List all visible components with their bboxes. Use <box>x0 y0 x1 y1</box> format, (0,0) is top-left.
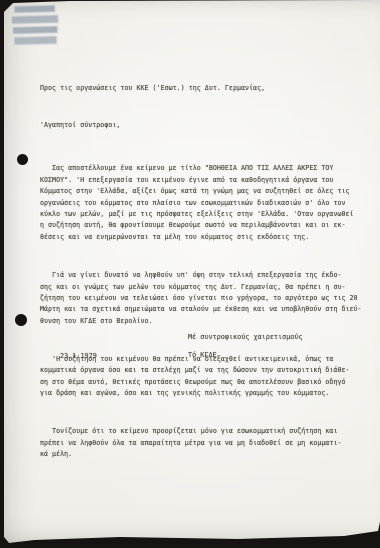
stamp-row <box>13 35 57 45</box>
punch-hole-bottom <box>15 314 27 326</box>
signature-line: Τό ΚΓΔΕ <box>188 351 217 359</box>
paragraph-1: Σας αποστέλλουμε ένα κείμενο με τίτλο "Β… <box>40 163 366 243</box>
paragraph-4: Τονίζουμε ότι το κείμενο προορίζεται μόν… <box>40 426 366 460</box>
archive-stamp-icon <box>9 4 60 47</box>
paragraph-3: 'Η συζήτηση του κειμένου θα πρέπει να δι… <box>40 354 366 400</box>
paragraph-2: Γιά να γίνει δυνατό να ληφθούν υπ' όψη σ… <box>40 270 366 327</box>
salutation-line: 'Αγαπητοί σύντροφοι, <box>40 120 366 131</box>
closing-line: Μέ συντροφικούς χαιρετισμούς <box>188 333 303 341</box>
punch-hole-top <box>17 154 28 165</box>
stamp-row <box>12 25 58 34</box>
date-line: 23.1.1979 <box>60 352 97 360</box>
recipient-line: Προς τις οργανώσεις του ΚΚΕ ('Εσωτ.) της… <box>40 83 366 94</box>
letter-paper: Προς τις οργανώσεις του ΚΚΕ ('Εσωτ.) της… <box>0 0 380 548</box>
letter-body: Προς τις οργανώσεις του ΚΚΕ ('Εσωτ.) της… <box>40 60 366 487</box>
scanned-letter-page: Προς τις οργανώσεις του ΚΚΕ ('Εσωτ.) της… <box>0 0 380 548</box>
stamp-row <box>11 14 59 24</box>
stamp-row <box>13 4 55 13</box>
